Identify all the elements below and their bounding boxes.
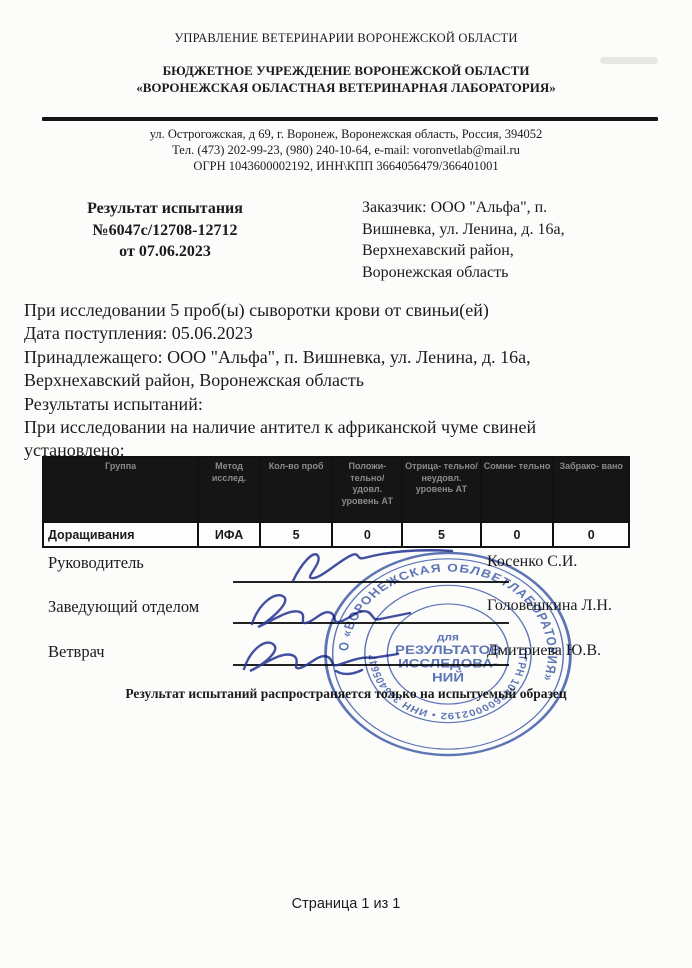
cell-sample-count: 5 bbox=[260, 522, 333, 547]
address-line: ул. Острогожская, д 69, г. Воронеж, Воро… bbox=[0, 126, 692, 142]
col-header-rejected: Забрако- вано bbox=[553, 457, 629, 522]
organization-title: БЮДЖЕТНОЕ УЧРЕЖДЕНИЕ ВОРОНЕЖСКОЙ ОБЛАСТИ… bbox=[0, 62, 692, 96]
body-line: Верхнехавский район, Воронежская область bbox=[24, 369, 674, 392]
stamp-center-line: РЕЗУЛЬТАТОВ bbox=[395, 643, 501, 657]
col-header-method: Метод исслед. bbox=[198, 457, 260, 522]
customer-line: Воронежская область bbox=[362, 262, 612, 284]
organization-line2: «ВОРОНЕЖСКАЯ ОБЛАСТНАЯ ВЕТЕРИНАРНАЯ ЛАБО… bbox=[0, 79, 692, 96]
signatory-role: Заведующий отделом bbox=[48, 597, 199, 617]
body-line: При исследовании 5 проб(ы) сыворотки кро… bbox=[24, 299, 674, 322]
table-row: Доращивания ИФА 5 0 5 0 0 bbox=[43, 522, 629, 547]
signatory-name: Головешкина Л.Н. bbox=[487, 597, 612, 615]
cell-negative: 5 bbox=[402, 522, 481, 547]
customer-line: Заказчик: ООО "Альфа", п. bbox=[362, 197, 612, 219]
col-header-positive: Положи- тельно/ удовл. уровень АТ bbox=[332, 457, 402, 522]
address-block: ул. Острогожская, д 69, г. Воронеж, Воро… bbox=[0, 126, 692, 174]
signature-director bbox=[293, 550, 452, 581]
signature-line bbox=[233, 622, 509, 624]
col-header-doubtful: Сомни- тельно bbox=[481, 457, 554, 522]
page-number: Страница 1 из 1 bbox=[0, 896, 692, 912]
col-header-sample-count: Кол-во проб bbox=[260, 457, 333, 522]
stamp-center-line: для bbox=[437, 632, 459, 643]
signature-vet bbox=[244, 643, 398, 674]
col-header-negative: Отрица- тельно/ неудовл. уровень АТ bbox=[402, 457, 481, 522]
result-date: от 07.06.2023 bbox=[40, 241, 290, 263]
document-page: УПРАВЛЕНИЕ ВЕТЕРИНАРИИ ВОРОНЕЖСКОЙ ОБЛАС… bbox=[0, 0, 692, 968]
signatory-name: Дмитриева Ю.В. bbox=[487, 642, 601, 660]
footer-note: Результат испытаний распространяется тол… bbox=[0, 686, 692, 702]
registration-line: ОГРН 1043600002192, ИНН\КПП 3664056479/3… bbox=[0, 158, 692, 174]
body-line: Результаты испытаний: bbox=[24, 393, 674, 416]
customer-line: Верхнехавский район, bbox=[362, 240, 612, 262]
cell-group: Доращивания bbox=[43, 522, 198, 547]
body-line: Принадлежащего: ООО "Альфа", п. Вишневка… bbox=[24, 346, 674, 369]
customer-line: Вишневка, ул. Ленина, д. 16а, bbox=[362, 219, 612, 241]
contacts-line: Тел. (473) 202-99-23, (980) 240-10-64, e… bbox=[0, 142, 692, 158]
cell-rejected: 0 bbox=[553, 522, 629, 547]
signatory-role: Руководитель bbox=[48, 553, 144, 573]
result-number: №6047с/12708-12712 bbox=[40, 220, 290, 242]
organization-line1: БЮДЖЕТНОЕ УЧРЕЖДЕНИЕ ВОРОНЕЖСКОЙ ОБЛАСТИ bbox=[0, 62, 692, 79]
authority-title: УПРАВЛЕНИЕ ВЕТЕРИНАРИИ ВОРОНЕЖСКОЙ ОБЛАС… bbox=[0, 31, 692, 46]
body-text: При исследовании 5 проб(ы) сыворотки кро… bbox=[24, 299, 674, 463]
header-divider bbox=[42, 117, 658, 121]
customer-block: Заказчик: ООО "Альфа", п. Вишневка, ул. … bbox=[362, 197, 612, 283]
body-line: Дата поступления: 05.06.2023 bbox=[24, 322, 674, 345]
signature-line bbox=[233, 581, 509, 583]
cell-doubtful: 0 bbox=[481, 522, 554, 547]
signatory-role: Ветврач bbox=[48, 642, 105, 662]
cell-positive: 0 bbox=[332, 522, 402, 547]
signatory-name: Косенко С.И. bbox=[487, 553, 577, 571]
table-header-row: Группа Метод исслед. Кол-во проб Положи-… bbox=[43, 457, 629, 522]
col-header-group: Группа bbox=[43, 457, 198, 522]
cell-method: ИФА bbox=[198, 522, 260, 547]
stamp-center-line: НИЙ bbox=[432, 671, 464, 685]
signature-line bbox=[233, 664, 509, 666]
results-table: Группа Метод исслед. Кол-во проб Положи-… bbox=[42, 456, 630, 548]
body-line: При исследовании на наличие антител к аф… bbox=[24, 416, 674, 439]
result-title: Результат испытания bbox=[40, 198, 290, 220]
result-title-block: Результат испытания №6047с/12708-12712 о… bbox=[40, 198, 290, 263]
